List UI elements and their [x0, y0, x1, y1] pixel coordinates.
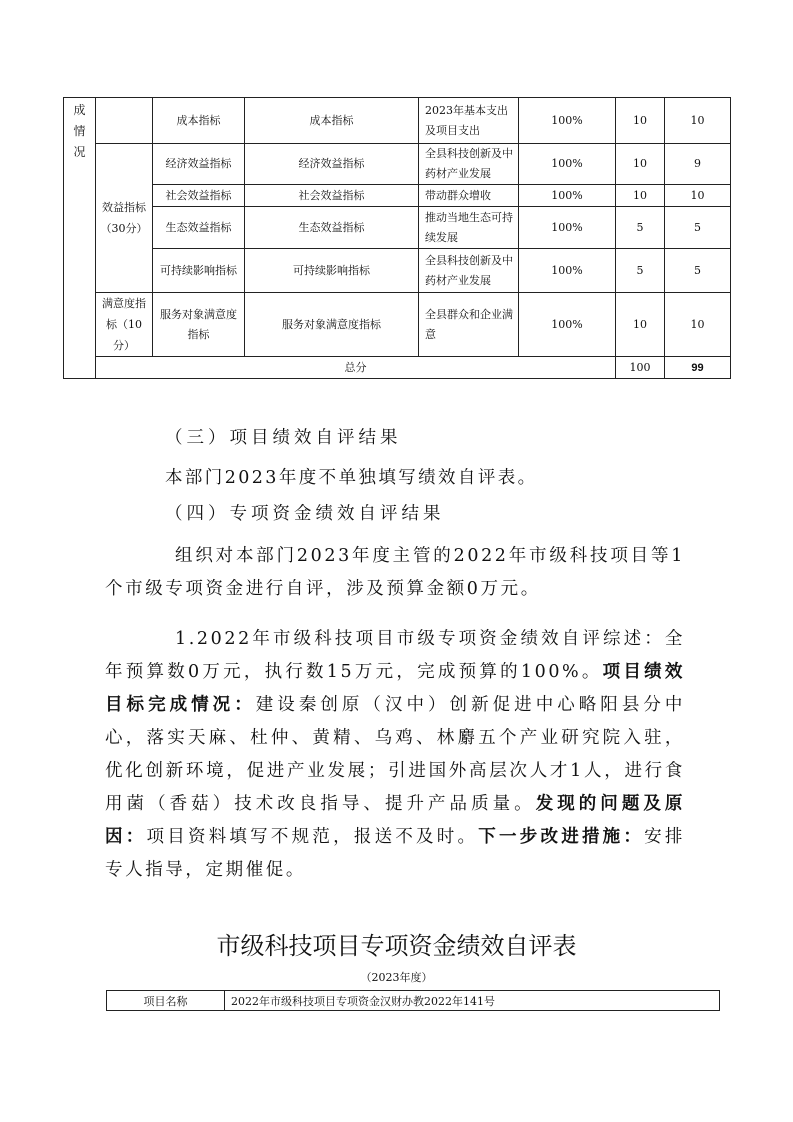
target-cell: 全县科技创新及中药材产业发展 — [419, 249, 519, 293]
total-score-cell: 99 — [665, 357, 731, 379]
indicator-cell: 经济效益指标 — [245, 144, 419, 185]
project-name-table: 项目名称 2022年市级科技项目专项资金汉财办教2022年141号 — [106, 990, 720, 1011]
target-cell: 2023年基本支出及项目支出 — [419, 98, 519, 144]
actual-cell: 100% — [519, 293, 616, 357]
cat-cell — [96, 98, 153, 144]
score-cell: 10 — [665, 98, 731, 144]
score-cell: 5 — [665, 207, 731, 249]
sub-cell: 社会效益指标 — [153, 185, 245, 207]
actual-cell: 100% — [519, 207, 616, 249]
sub-cell: 服务对象满意度指标 — [153, 293, 245, 357]
sub-cell: 生态效益指标 — [153, 207, 245, 249]
section-4-paragraph-2: 1.2022年市级科技项目市级专项资金绩效自评综述：全年预算数0万元，执行数15… — [105, 623, 685, 887]
project-name-value: 2022年市级科技项目专项资金汉财办教2022年141号 — [225, 991, 720, 1011]
section-4-heading: （四）专项资金绩效自评结果 — [165, 500, 445, 525]
sub-cell: 经济效益指标 — [153, 144, 245, 185]
form-year: （2023年度） — [0, 969, 793, 985]
cat-cell: 满意度指标（10分） — [96, 293, 153, 357]
weight-cell: 10 — [616, 293, 665, 357]
indicator-cell: 成本指标 — [245, 98, 419, 144]
weight-cell: 10 — [616, 144, 665, 185]
section-4-paragraph-1: 组织对本部门2023年度主管的2022年市级科技项目等1个市级专项资金进行自评，… — [105, 540, 685, 606]
actual-cell: 100% — [519, 98, 616, 144]
actual-cell: 100% — [519, 185, 616, 207]
cat-cell: 效益指标（30分） — [96, 144, 153, 293]
score-cell: 10 — [665, 293, 731, 357]
problem-text: 项目资料填写不规范，报送不及时。 — [146, 827, 478, 847]
section-3-body: 本部门2023年度不单独填写绩效自评表。 — [165, 464, 538, 489]
project-name-label: 项目名称 — [107, 991, 225, 1011]
score-cell: 10 — [665, 185, 731, 207]
sub-cell: 成本指标 — [153, 98, 245, 144]
indicator-cell: 生态效益指标 — [245, 207, 419, 249]
next-steps-label: 下一步改进措施： — [478, 827, 644, 847]
sub-cell: 可持续影响指标 — [153, 249, 245, 293]
indicator-cell: 可持续影响指标 — [245, 249, 419, 293]
weight-cell: 5 — [616, 249, 665, 293]
target-cell: 推动当地生态可持续发展 — [419, 207, 519, 249]
performance-indicator-table: 成情况 成本指标 成本指标 2023年基本支出及项目支出 100% 10 10 … — [63, 97, 731, 379]
weight-cell: 5 — [616, 207, 665, 249]
target-cell: 全县科技创新及中药材产业发展 — [419, 144, 519, 185]
actual-cell: 100% — [519, 249, 616, 293]
target-cell: 带动群众增收 — [419, 185, 519, 207]
total-label-cell: 总分 — [96, 357, 616, 379]
actual-cell: 100% — [519, 144, 616, 185]
indicator-cell: 社会效益指标 — [245, 185, 419, 207]
total-weight-cell: 100 — [616, 357, 665, 379]
summary-text: 1.2022年市级科技项目市级专项资金绩效自评综述：全年预算数0万元，执行数15… — [105, 629, 685, 682]
indicator-cell: 服务对象满意度指标 — [245, 293, 419, 357]
weight-cell: 10 — [616, 185, 665, 207]
score-cell: 9 — [665, 144, 731, 185]
target-cell: 全县群众和企业满意 — [419, 293, 519, 357]
section-3-heading: （三）项目绩效自评结果 — [165, 424, 402, 449]
weight-cell: 10 — [616, 98, 665, 144]
form-title: 市级科技项目专项资金绩效自评表 — [0, 926, 793, 961]
score-cell: 5 — [665, 249, 731, 293]
category-label-cell: 成情况 — [64, 98, 96, 379]
